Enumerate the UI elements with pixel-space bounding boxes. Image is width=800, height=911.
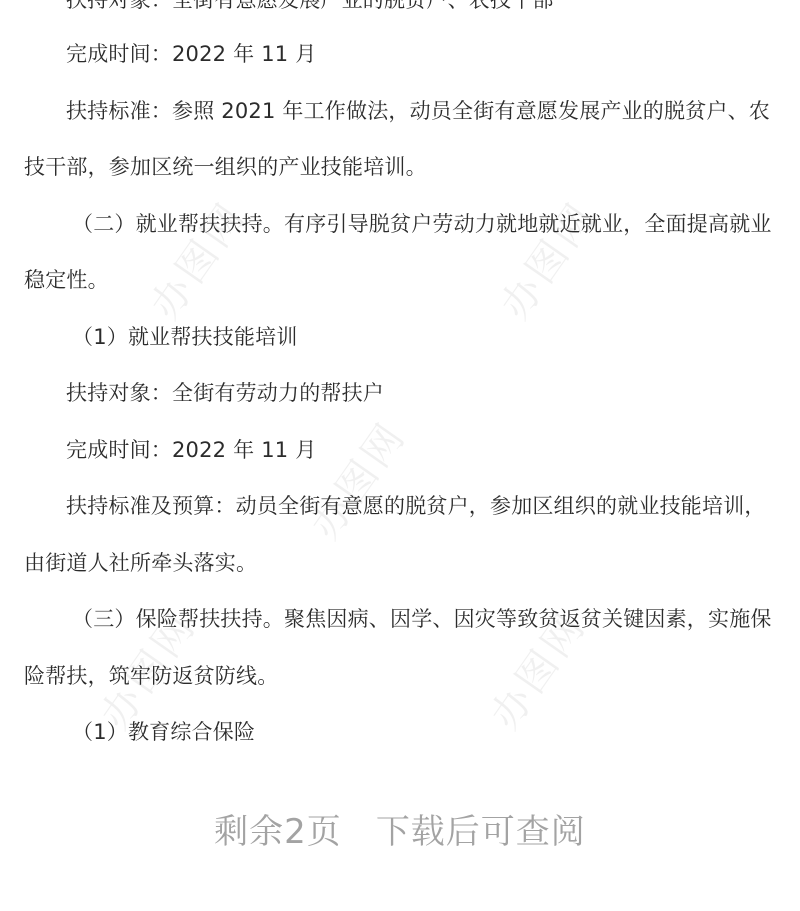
- paragraph-line-standard-budget: 扶持标准及预算：动员全街有意愿的脱贫户，参加区组织的就业技能培训，: [66, 492, 766, 520]
- paragraph-line-standard-budget-cont: 由街道人社所牵头落实。: [24, 549, 257, 577]
- paragraph-line-completion-time-1: 完成时间：2022 年 11 月: [66, 40, 316, 68]
- download-hint-label: 下载后可查阅: [376, 812, 586, 852]
- paragraph-line-support-standard-1: 扶持标准：参照 2021 年工作做法，动员全街有意愿发展产业的脱贫户、农: [66, 97, 770, 125]
- paragraph-line-support-standard-1-cont: 技干部，参加区统一组织的产业技能培训。: [24, 153, 427, 181]
- subsection-heading-skills-training: （1）就业帮扶技能培训: [72, 323, 298, 351]
- paragraph-line-support-target-2: 扶持对象：全街有劳动力的帮扶户: [66, 379, 384, 407]
- remaining-pages-label: 剩余2页: [214, 812, 342, 852]
- section-heading-employment-support: （二）就业帮扶扶持。有序引导脱贫户劳动力就地就近就业，全面提高就业: [72, 210, 772, 238]
- watermark: 办图网: [295, 408, 417, 549]
- subsection-heading-education-insurance: （1）教育综合保险: [72, 718, 255, 746]
- section-heading-insurance-support: （三）保险帮扶扶持。聚焦因病、因学、因灾等致贫返贫关键因素，实施保: [72, 605, 772, 633]
- section-heading-insurance-support-cont: 险帮扶，筑牢防返贫防线。: [24, 662, 278, 690]
- download-prompt[interactable]: 剩余2页下载后可查阅: [0, 812, 800, 852]
- section-heading-employment-support-cont: 稳定性。: [24, 266, 109, 294]
- paragraph-line-completion-time-2: 完成时间：2022 年 11 月: [66, 436, 316, 464]
- paragraph-line-support-target-1: 扶持对象：全街有意愿发展产业的脱贫户、农技干部: [66, 0, 554, 14]
